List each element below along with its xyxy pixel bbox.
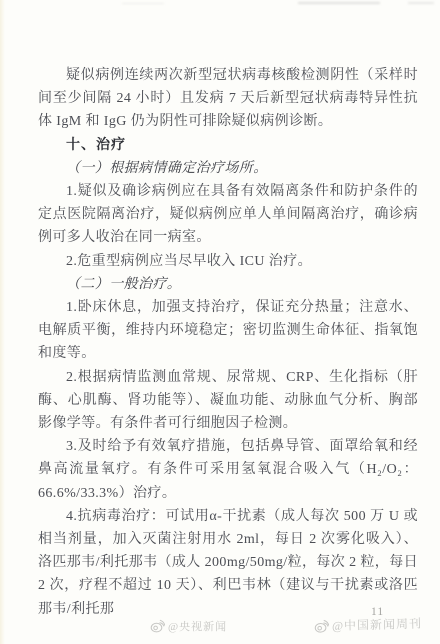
- right-watermark: @中国新闻周刊: [314, 615, 422, 635]
- weibo-icon: [314, 619, 329, 633]
- subsection-heading: （一）根据病情确定治疗场所。: [38, 157, 418, 180]
- body-paragraph: 1.卧床休息，加强支持治疗，保证充分热量；注意水、电解质平衡，维持内环境稳定；密…: [38, 296, 418, 366]
- scanned-document-page: 疑似病例连续两次新型冠状病毒核酸检测阴性（采样时间至少间隔 24 小时）且发病 …: [0, 0, 440, 644]
- body-paragraph: 1.疑似及确诊病例应在具备有效隔离条件和防护条件的定点医院隔离治疗，疑似病例应单…: [38, 180, 418, 250]
- scan-smudge: [298, 2, 380, 4]
- scan-smudge: [408, 2, 434, 4]
- document-body: 疑似病例连续两次新型冠状病毒核酸检测阴性（采样时间至少间隔 24 小时）且发病 …: [38, 64, 418, 621]
- body-paragraph: 4.抗病毒治疗：可试用α-干扰素（成人每次 500 万 U 或相当剂量，加入灭菌…: [38, 505, 418, 621]
- weibo-icon: [150, 619, 165, 633]
- right-watermark-label: @中国新闻周刊: [332, 615, 422, 634]
- scan-smudge: [122, 3, 164, 4]
- body-paragraph: 3.及时给予有效氧疗措施，包括鼻导管、面罩给氧和经鼻高流量氧疗。有条件可采用氢氧…: [38, 435, 418, 505]
- subsection-heading: （二）一般治疗。: [38, 273, 418, 296]
- body-paragraph: 2.危重型病例应当尽早收入 ICU 治疗。: [38, 250, 418, 273]
- body-paragraph: 2.根据病情监测血常规、尿常规、CRP、生化指标（肝酶、心肌酶、肾功能等）、凝血…: [38, 366, 418, 436]
- scan-edge-artifact: [0, 0, 5, 644]
- body-paragraph: 疑似病例连续两次新型冠状病毒核酸检测阴性（采样时间至少间隔 24 小时）且发病 …: [38, 64, 418, 134]
- section-heading: 十、治疗: [38, 134, 418, 157]
- left-watermark-label: @央视新闻: [168, 618, 227, 634]
- left-watermark: @央视新闻: [150, 618, 227, 634]
